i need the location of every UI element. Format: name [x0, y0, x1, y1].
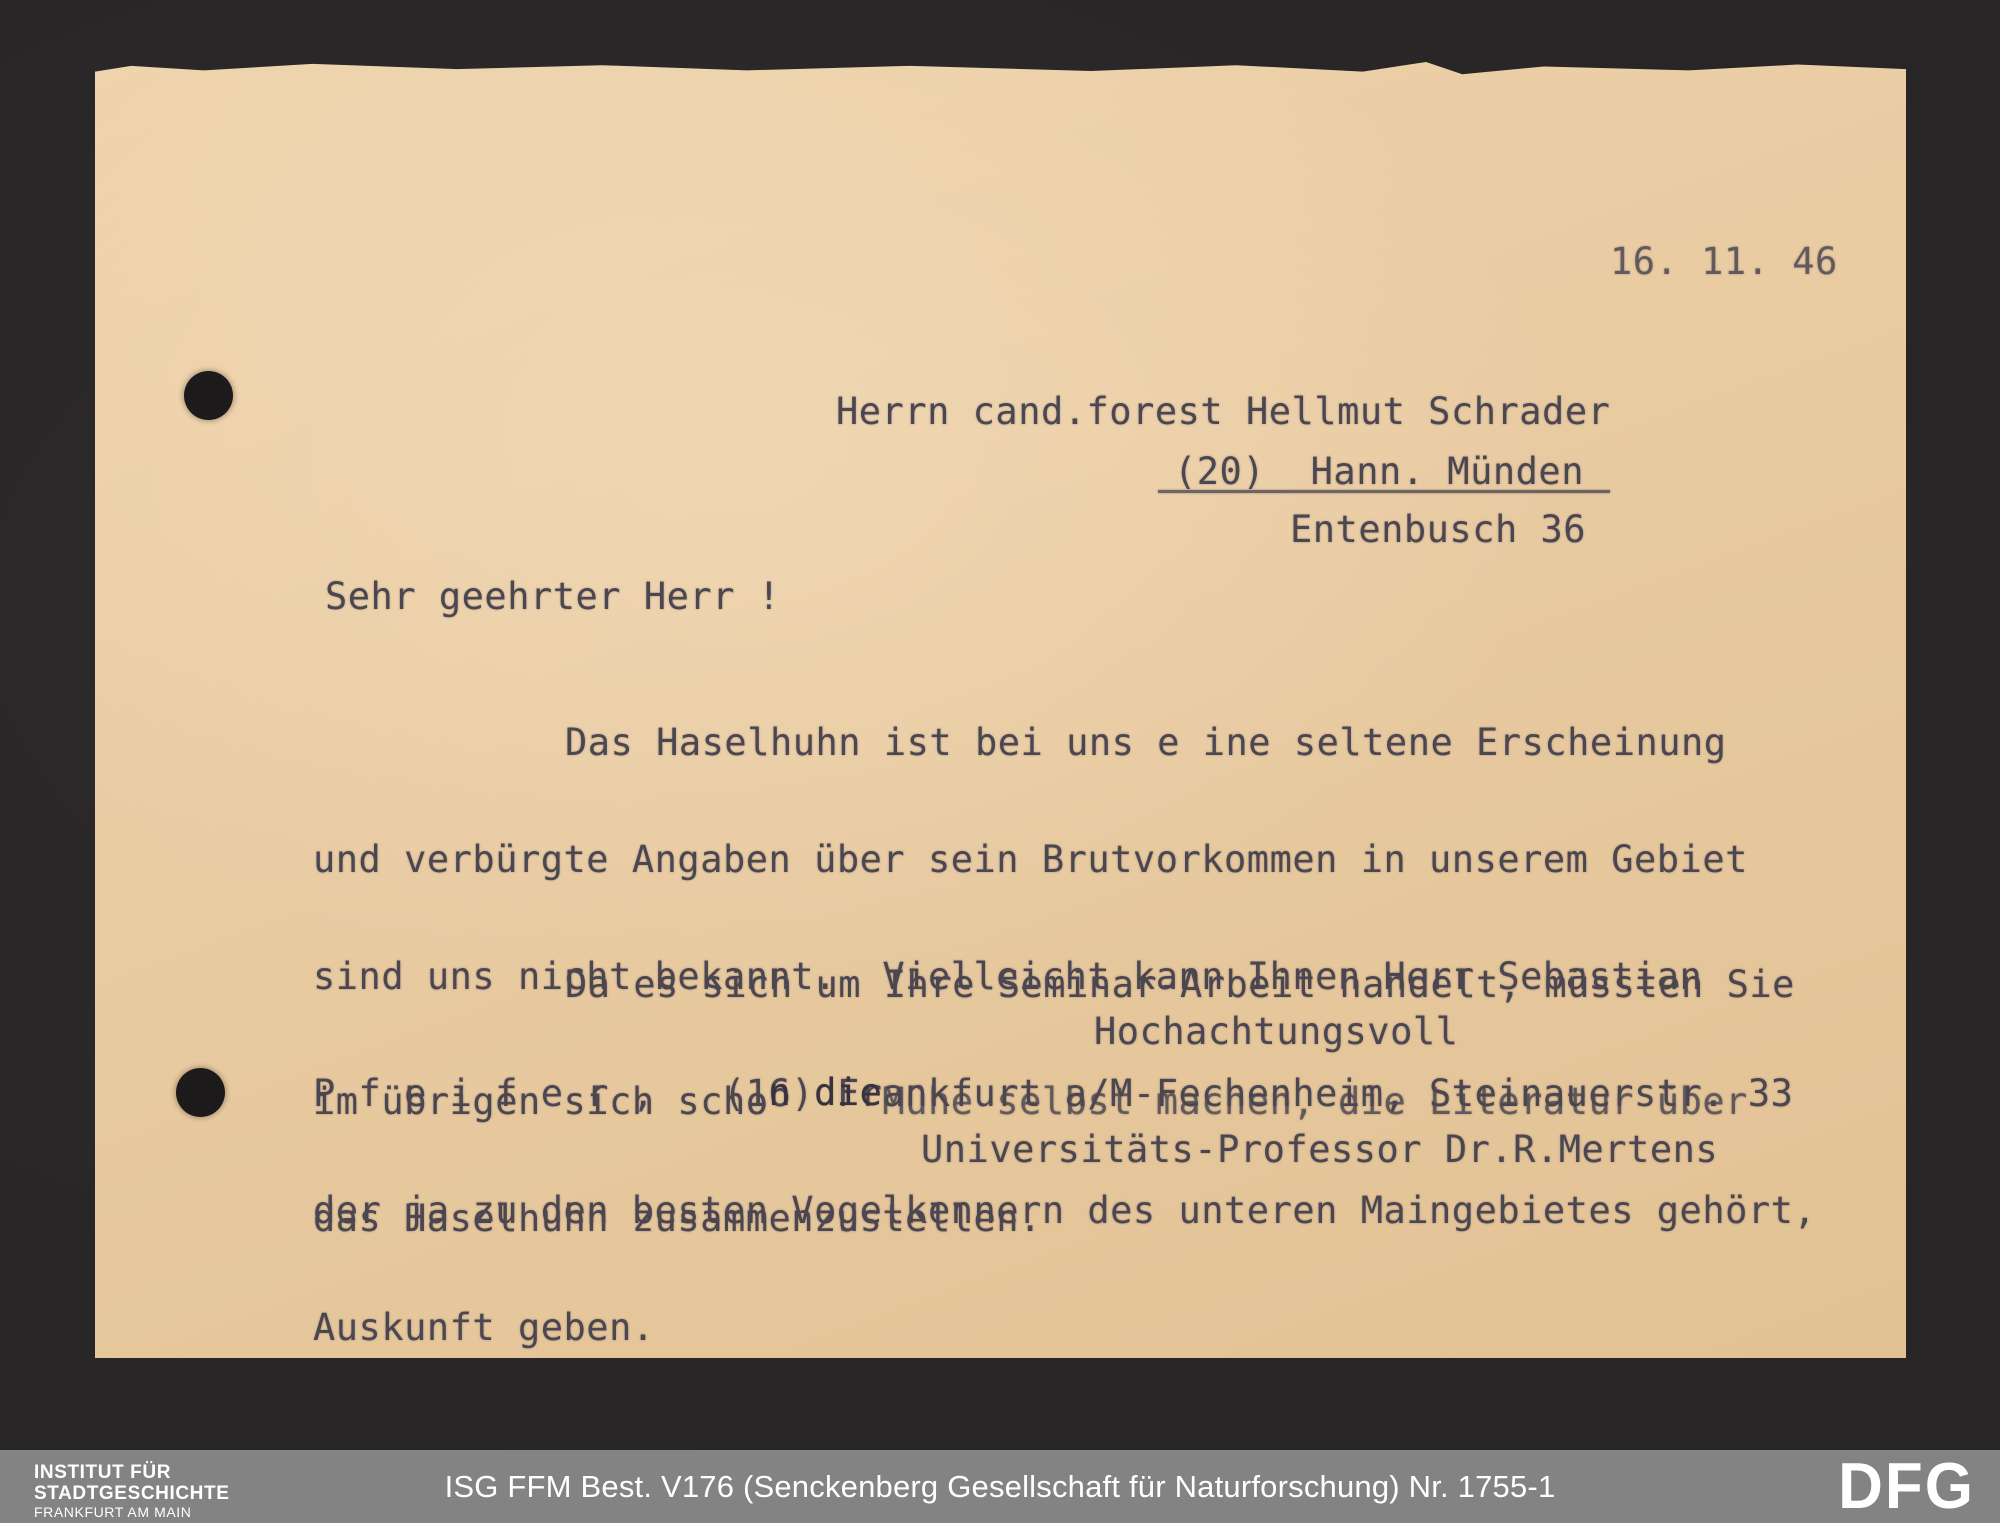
body-line: und verbürgte Angaben über sein Brutvork… [313, 840, 1816, 879]
letter-date: 16. 11. 46 [1610, 240, 1838, 283]
body-line: das Haselhuhn zusammenzustellen. [313, 1199, 1795, 1238]
letter-paper: 16. 11. 46 Herrn cand.forest Hellmut Sch… [95, 60, 1906, 1358]
archive-info-bar: INSTITUT FÜR STADTGESCHICHTE FRANKFURT A… [0, 1450, 2000, 1523]
recipient-city-line: (20) Hann. Münden [1174, 450, 1584, 493]
recipient-street-line: Entenbusch 36 [1290, 508, 1586, 551]
recipient-name-line: Herrn cand.forest Hellmut Schrader [836, 390, 1610, 433]
scan-background: 16. 11. 46 Herrn cand.forest Hellmut Sch… [0, 0, 2000, 1523]
dfg-logo: DFG [1838, 1449, 1975, 1523]
overtyped-correction: n die [769, 1071, 883, 1114]
body-line-segment: Mühe selbst machen, die Literatur über [882, 1080, 1747, 1123]
body-paragraph-2: Da es sich um Ihre Seminar-Arbeit handel… [313, 887, 1795, 1316]
archive-reference: ISG FFM Best. V176 (Senckenberg Gesellsc… [0, 1450, 2000, 1523]
signature-line: Universitäts-Professor Dr.R.Mertens [921, 1128, 1718, 1171]
body-line-with-overtype: im übrigen sich schon dieMühe selbst mac… [313, 1082, 1795, 1121]
body-line: Das Haselhuhn ist bei uns e ine seltene … [313, 723, 1816, 762]
punch-hole-bottom [176, 1068, 225, 1117]
salutation: Sehr geehrter Herr ! [325, 575, 781, 618]
recipient-underline [1158, 490, 1610, 493]
body-line-segment: im übrigen sich scho [313, 1080, 769, 1123]
closing-formula: Hochachtungsvoll [1094, 1010, 1458, 1053]
body-line: Da es sich um Ihre Seminar-Arbeit handel… [313, 965, 1795, 1004]
punch-hole-top [184, 371, 233, 420]
